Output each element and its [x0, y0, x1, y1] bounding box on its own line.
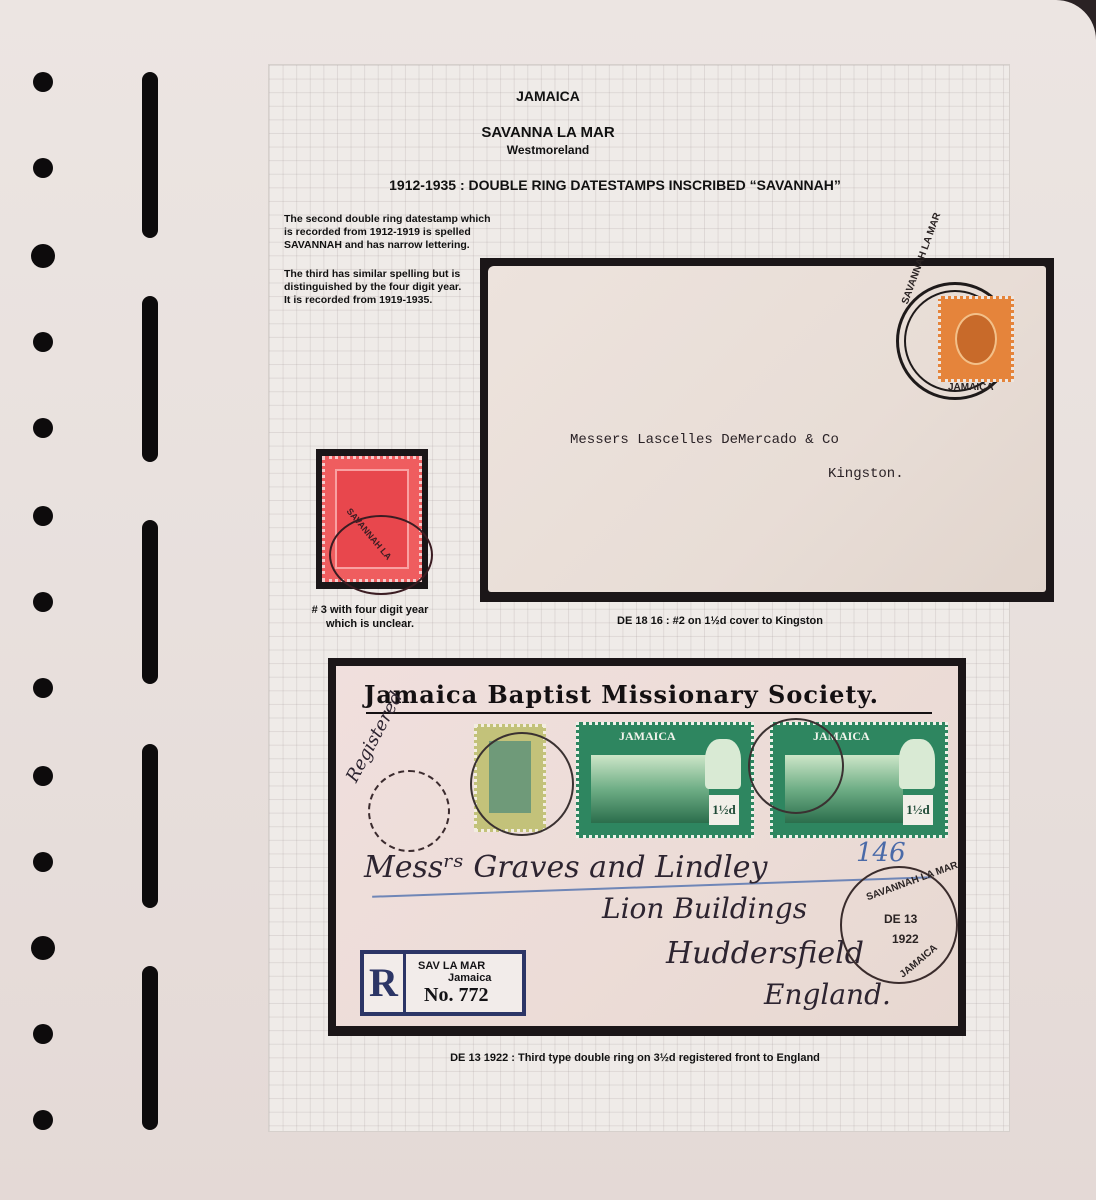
punch-hole [33, 332, 53, 352]
page-section-heading: 1912-1935 : DOUBLE RING DATESTAMPS INSCR… [0, 177, 1096, 193]
address-line-2: Lion Buildings [602, 892, 807, 925]
address-line-4: England. [764, 978, 891, 1011]
registration-r: R [364, 954, 406, 1012]
punch-hole [33, 678, 53, 698]
header-rule [366, 712, 932, 714]
binder-slot [142, 520, 158, 684]
cover-kingston-caption: DE 18 16 : #2 on 1½d cover to Kingston [560, 615, 880, 627]
red-stamp: SAVANNAH LA [322, 456, 422, 582]
postmark-on-stamp [470, 732, 574, 836]
registration-label: R SAV LA MAR Jamaica No. 772 [360, 950, 526, 1016]
cover-kingston-mount: SAVANNAH LA MAR JAMAICA Messers Lascelle… [480, 258, 1054, 602]
intro-paragraph-2: The third has similar spelling but is di… [284, 268, 461, 307]
single-stamp-caption: # 3 with four digit year which is unclea… [290, 603, 450, 631]
punch-hole [33, 158, 53, 178]
registration-number: No. 772 [424, 984, 488, 1007]
cover-england-caption: DE 13 1922 : Third type double ring on 3… [400, 1052, 870, 1064]
binder-slot [142, 966, 158, 1130]
envelope: SAVANNAH LA MAR JAMAICA Messers Lascelle… [488, 266, 1046, 592]
intro-paragraph-1: The second double ring datestamp which i… [284, 213, 491, 252]
punch-hole [33, 766, 53, 786]
postmark-on-stamp [748, 718, 844, 814]
registered-oval-mark [368, 770, 450, 852]
cover-england-mount: Jamaica Baptist Missionary Society. JAMA… [328, 658, 966, 1036]
page-country-title: JAMAICA [0, 88, 1096, 104]
printed-header: Jamaica Baptist Missionary Society. [364, 680, 879, 709]
single-stamp-mount: SAVANNAH LA [316, 449, 428, 589]
album-page: JAMAICA SAVANNA LA MAR Westmoreland 1912… [0, 0, 1096, 1200]
binder-slot [142, 296, 158, 462]
punch-hole [31, 244, 55, 268]
address-line-2: Kingston. [828, 466, 904, 482]
punch-hole [33, 592, 53, 612]
punch-hole [33, 1110, 53, 1130]
address-line-1: Messers Lascelles DeMercado & Co [570, 432, 839, 448]
punch-hole [31, 936, 55, 960]
king-portrait [955, 313, 997, 365]
address-line-1: Messʳˢ Graves and Lindley [364, 850, 767, 885]
page-region-subtitle: Westmoreland [0, 143, 1096, 157]
handwritten-number: 146 [856, 838, 906, 868]
punch-hole [33, 1024, 53, 1044]
registered-front: Jamaica Baptist Missionary Society. JAMA… [336, 666, 958, 1026]
punch-hole [33, 506, 53, 526]
binder-slot [142, 744, 158, 908]
green-stamp-1: JAMAICA 1½d [576, 722, 754, 838]
address-line-3: Huddersfield [666, 936, 864, 971]
punch-hole [33, 852, 53, 872]
page-town-title: SAVANNA LA MAR [0, 124, 1096, 141]
orange-kgv-stamp [938, 296, 1014, 382]
punch-hole [33, 418, 53, 438]
